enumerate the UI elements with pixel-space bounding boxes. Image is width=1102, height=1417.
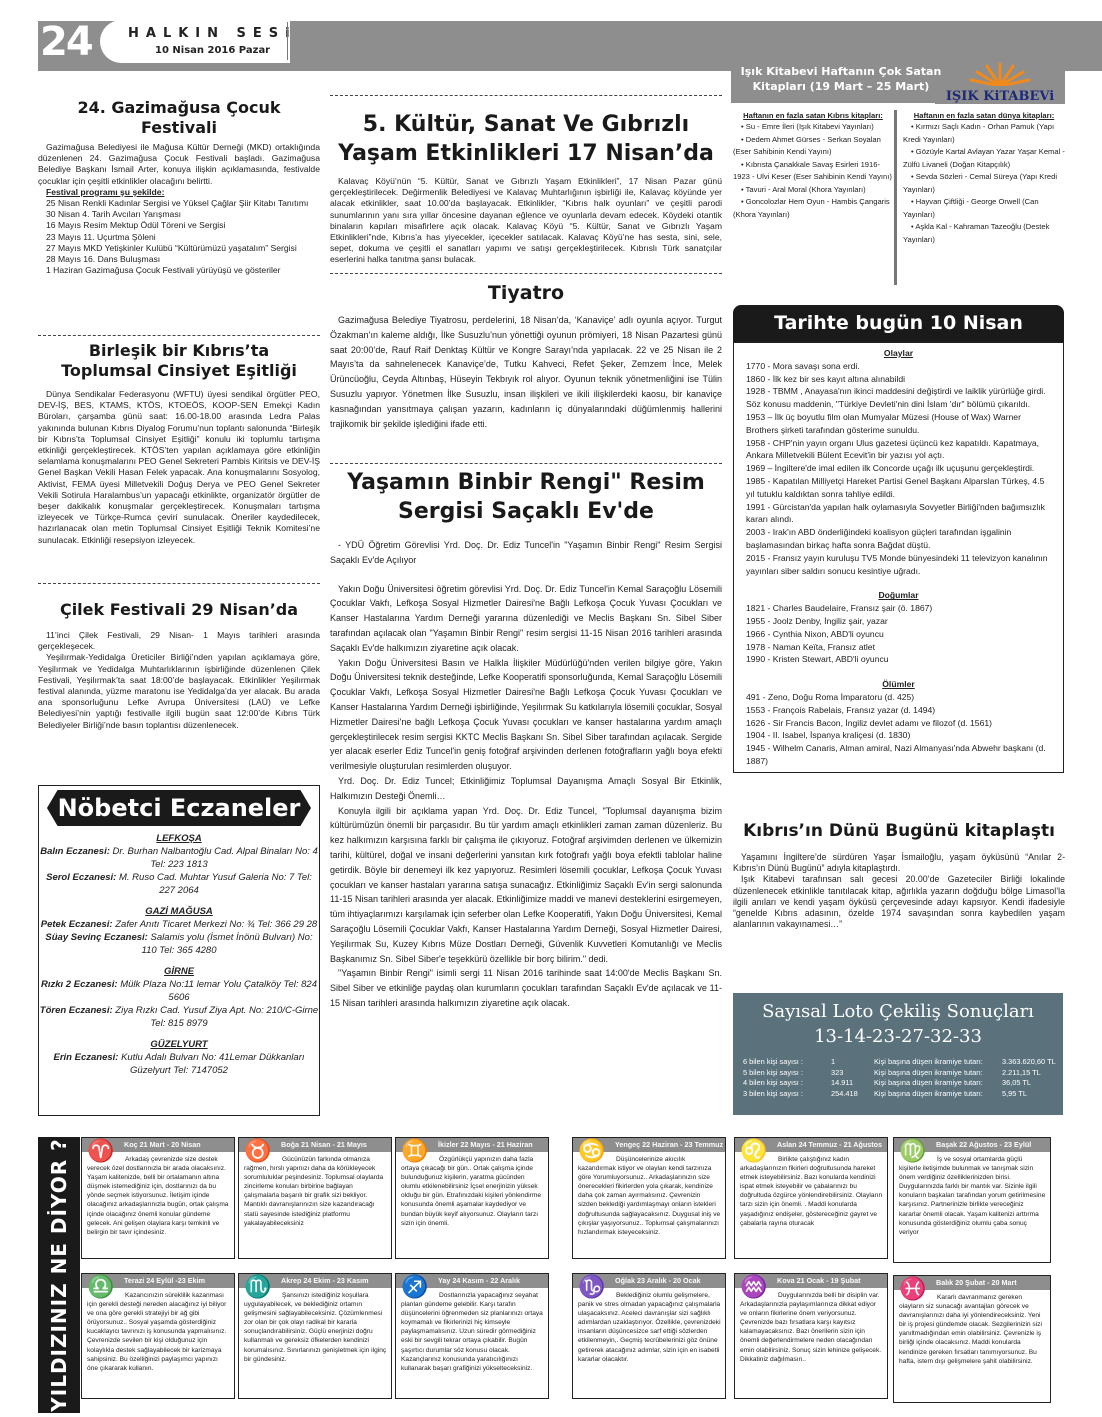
history-item: 1860 - İlk kez bir ses kayıt altına alın… (746, 373, 1051, 386)
book-item: • Goncolozlar Hem Oyun - Hambis Çangaris… (733, 196, 893, 221)
pharmacy-entry: Serol Eczanesi: M. Ruso Cad. Muhtar Yusu… (39, 871, 319, 897)
aries-icon: ♈ (86, 1136, 116, 1166)
column-divider (894, 110, 897, 285)
horoscope-card-akrep: Akrep 24 Ekim - 23 Kasım ♏ Şansınızı ist… (238, 1273, 392, 1399)
divider (330, 95, 722, 96)
horoscope-side-title: YILDIZINIZ NE DİYOR ? (47, 1138, 71, 1411)
pharmacy-name: Rızkı 2 Eczanesi: (41, 979, 118, 990)
article-cilek: Çilek Festivali 29 Nisan’da 11’inci Çile… (38, 600, 320, 731)
program-item: 25 Nisan Renkli Kadınlar Sergisi ve Yüks… (38, 198, 320, 209)
book-item: • Hayvan Çiftliği - George Orwell (Can Y… (903, 196, 1065, 221)
history-item: 1770 - Mora savaşı sona erdi. (746, 360, 1051, 373)
program-heading: Festival programı şu şekilde: (38, 187, 320, 198)
books-dunya-column: Haftanın en fazla satan dünya kitapları:… (903, 110, 1065, 246)
program-item: 27 Mayıs MKD Yetişkinler Kulübü “Kültürü… (38, 243, 320, 254)
sun-icon: IŞIK KiTABEVi (935, 60, 1065, 104)
article-title: 5. Kültür, Sanat Ve Gıbrızlı Yaşam Etkin… (330, 110, 722, 168)
history-item: 2015 - Fransız yayın kuruluşu TV5 Monde … (746, 552, 1051, 578)
article-title: Tiyatro (330, 281, 722, 305)
divider (330, 273, 722, 274)
pharmacy-entry: Süay Sevinç Eczanesi: Salamis yolu (İsme… (39, 931, 319, 957)
sagittarius-icon: ♐ (400, 1272, 430, 1302)
history-item: 2003 - Irak'ın ABD önderliğindeki koalis… (746, 526, 1051, 552)
horoscope-card-terazi: Terazi 24 Eylül -23 Ekim ♎ Kazancınızın … (81, 1273, 235, 1399)
article-paragraph: Yaşamını İngiltere’de sürdüren Yaşar İsm… (733, 852, 1065, 874)
article-paragraph: Yakın Doğu Üniversitesi öğretim görevlis… (330, 582, 722, 656)
book-item: • Gözüyle Kartal Avlayan Yazar Yaşar Kem… (903, 146, 1065, 171)
pharmacy-name: Süay Sevinç Eczanesi: (45, 932, 147, 943)
history-item: 1821 - Charles Baudelaire, Fransız şair … (746, 602, 1051, 615)
horoscope-card-aslan: Aslan 24 Temmuz - 21 Ağustos ♌ Birlikte … (734, 1137, 888, 1259)
history-item: 1553 - François Rabelais, Fransız yazar … (746, 704, 1051, 717)
article-body: Gazimağusa Belediyesi ile Mağusa Kültür … (38, 142, 320, 187)
article-resim-sergisi: Yaşamın Binbir Rengi" Resim Sergisi Saça… (330, 468, 722, 1011)
book-item: • Dedem Ahmet Gürses - Serkan Soyalan (E… (733, 134, 893, 159)
svg-text:IŞIK KiTABEVi: IŞIK KiTABEVi (946, 89, 1054, 104)
capricorn-icon: ♑ (577, 1272, 607, 1302)
gemini-icon: ♊ (400, 1136, 430, 1166)
article-title: 24. Gazimağusa Çocuk Festivali (38, 98, 320, 138)
loto-row: 3 bilen kişi sayısı :254.418Kişi başına … (733, 1089, 1063, 1100)
pisces-icon: ♓ (898, 1274, 928, 1304)
horoscope-card-yay: Yay 24 Kasım - 22 Aralık ♐ Dostlarınızla… (395, 1273, 549, 1399)
horoscope-side-banner: YILDIZINIZ NE DİYOR ? (38, 1137, 80, 1413)
divider (38, 335, 320, 336)
pharmacy-address: Mülk Plaza No:11 lemar Yolu Çatalköy Tel… (120, 979, 317, 1003)
history-item: 1966 - Cynthia Nixon, ABD'li oyuncu (746, 628, 1051, 641)
article-paragraph: Işık Kitabevi tarafınsan salı gecesi 20.… (733, 874, 1065, 930)
article-title: Çilek Festivali 29 Nisan’da (38, 600, 320, 620)
pharmacy-name: Balın Eczanesi: (40, 846, 110, 857)
history-section-heading: Doğumlar (746, 589, 1051, 602)
horoscope-card-ikizler: İkizler 22 Mayıs - 21 Haziran ♊ Özgürlük… (395, 1137, 549, 1259)
horoscope-card-kova: Kova 21 Ocak - 19 Şubat ♒ Duygularınızda… (734, 1273, 888, 1399)
issue-date: 10 Nisan 2016 Pazar (155, 45, 270, 56)
history-item: 1990 - Kristen Stewart, ABD'li oyuncu (746, 653, 1051, 666)
pharmacy-address: Zafer Anıtı Ticaret Merkezi No: ¾ Tel: 3… (115, 919, 317, 930)
history-item: 1958 - CHP'nin yayın organı Ulus gazetes… (746, 437, 1051, 463)
divider (38, 583, 320, 584)
pharmacy-address: Salamis yolu (İsmet İnönü Bulvarı) No: 1… (141, 932, 312, 956)
pharmacy-entry: Rızkı 2 Eczanesi: Mülk Plaza No:11 lemar… (39, 978, 319, 1004)
pharmacy-entry: Petek Eczanesi: Zafer Anıtı Ticaret Merk… (39, 918, 319, 931)
history-item: 1991 - Gürcistan'da yapılan halk oylamas… (746, 501, 1051, 527)
article-cinsiyet: Birleşik bir Kıbrıs’ta Toplumsal Cinsiye… (38, 341, 320, 546)
article-tiyatro: Tiyatro Gazimağusa Belediye Tiyatrosu, p… (330, 281, 722, 431)
pharmacy-name: Serol Eczanesi: (46, 872, 116, 883)
article-body: Gazimağusa Belediye Tiyatrosu, perdeleri… (330, 313, 722, 431)
isik-kitabevi-logo: IŞIK KiTABEVi (935, 60, 1065, 104)
history-item: 1945 - Wilhelm Canaris, Alman amiral, Na… (746, 742, 1051, 768)
loto-row: 6 bilen kişi sayısı :1Kişi başına düşen … (733, 1057, 1063, 1068)
city-heading: GAZİ MAĞUSA (39, 905, 319, 918)
pharmacy-entry: Tören Eczanesi: Ziya Rızkı Cad. Yusuf Zi… (39, 1004, 319, 1030)
history-item: 1985 - Kapatılan Milliyetçi Hareket Part… (746, 475, 1051, 501)
taurus-icon: ♉ (243, 1136, 273, 1166)
book-item: • Kırmızı Saçlı Kadın - Orhan Pamuk (Yap… (903, 121, 1065, 146)
program-item: 23 Mayıs 11. Uçurtma Şöleni (38, 232, 320, 243)
history-item: 1953 – İlk üç boyutlu film olan Mumyalar… (746, 411, 1051, 437)
books-kibris-column: Haftanın en fazla satan Kıbrıs kitapları… (733, 110, 893, 221)
program-item: 1 Haziran Gazimağusa Çocuk Festivali yür… (38, 265, 320, 276)
article-paragraph: 11’inci Çilek Festivali, 29 Nisan- 1 May… (38, 630, 320, 652)
loto-results: Sayısal Loto Çekiliş Sonuçları 13-14-23-… (733, 993, 1063, 1115)
leo-icon: ♌ (739, 1136, 769, 1166)
history-item: 1955 - Joolz Denby, İngiliz şair, yazar (746, 615, 1051, 628)
page-number: 24 (40, 22, 100, 62)
history-item: 1904 - II. Isabel, İspanya kraliçesi (d.… (746, 729, 1051, 742)
program-item: 30 Nisan 4. Tarih Avcıları Yarışması (38, 209, 320, 220)
horoscope-card-oglak: Oğlak 23 Aralık - 20 Ocak ♑ Beklediğiniz… (572, 1273, 726, 1399)
pharmacy-address: Kutlu Adalı Bulvarı No: 41Lemar Dükkanla… (121, 1052, 304, 1076)
article-cocuk-festivali: 24. Gazimağusa Çocuk Festivali Gazimağus… (38, 98, 320, 276)
pharmacies-banner: Nöbetci Eczaneler (47, 790, 311, 826)
article-paragraph: Yrd. Doç. Dr. Ediz Tuncel; Etkinliğimiz … (330, 774, 722, 804)
loto-numbers: 13-14-23-27-32-33 (733, 1025, 1063, 1049)
article-paragraph: Yakın Doğu Üniversitesi Basın ve Halkla … (330, 656, 722, 774)
article-paragraph: "Yaşamın Binbir Rengi" isimli sergi 11 N… (330, 966, 722, 1010)
article-title: Yaşamın Binbir Rengi" Resim Sergisi Saça… (330, 468, 722, 526)
city-heading: GİRNE (39, 965, 319, 978)
horoscope-card-balik: Balık 20 Şubat - 20 Mart ♓ Kararlı davra… (893, 1275, 1051, 1403)
history-item: 1928 - TBMM , Anayasa'nın ikinci maddesi… (746, 385, 1051, 411)
history-item: 1978 - Naman Keïta, Fransız atlet (746, 641, 1051, 654)
article-body: Kalavaç Köyü’nün “5. Kültür, Sanat ve Gı… (330, 176, 722, 266)
horoscope-card-basak: Başak 22 Ağustos - 23 Eylül ♍ İş ve sosy… (893, 1137, 1051, 1263)
pharmacy-address: Dr. Burhan Nalbantoğlu Cad. Alpal Binala… (113, 846, 318, 870)
article-title: Kıbrıs’ın Dünü Bugünü kitaplaştı (733, 820, 1065, 842)
horoscope-card-boga: Boğa 21 Nisan - 21 Mayıs ♉ Gücünüzün far… (238, 1137, 392, 1259)
divider (330, 463, 722, 464)
pharmacies-list: LEFKOŞA Balın Eczanesi: Dr. Burhan Nalba… (39, 826, 319, 1077)
city-heading: LEFKOŞA (39, 832, 319, 845)
books-column-heading: Haftanın en fazla satan dünya kitapları: (903, 110, 1065, 121)
virgo-icon: ♍ (898, 1136, 928, 1166)
article-body: Dünya Sendikalar Federasyonu (WFTU) üyes… (38, 389, 320, 546)
book-item: • Tavuri - Aral Moral (Khora Yayınları) (733, 184, 893, 197)
pharmacy-name: Tören Eczanesi: (40, 1005, 113, 1016)
history-item: 1626 - Sir Francis Bacon, İngiliz devlet… (746, 717, 1051, 730)
history-section-heading: Olaylar (746, 347, 1051, 360)
city-heading: GÜZELYURT (39, 1038, 319, 1051)
pharmacy-entry: Balın Eczanesi: Dr. Burhan Nalbantoğlu C… (39, 845, 319, 871)
article-title: Birleşik bir Kıbrıs’ta Toplumsal Cinsiye… (38, 341, 320, 381)
pharmacy-address: Ziya Rızkı Cad. Yusuf Ziya Apt. No: 210/… (115, 1005, 318, 1029)
header-divider (287, 22, 288, 60)
horoscope-card-koc: Koç 21 Mart - 20 Nisan ♈ Arkadaş çevreni… (81, 1137, 235, 1259)
article-paragraph: Konuyla ilgili bir açıklama yapan Yrd. D… (330, 804, 722, 967)
history-section-heading: Ölümler (746, 678, 1051, 691)
history-item: 491 - Zeno, Doğu Roma İmparatoru (d. 425… (746, 691, 1051, 704)
aquarius-icon: ♒ (739, 1272, 769, 1302)
pharmacy-name: Erin Eczanesi: (54, 1052, 119, 1063)
pharmacy-name: Petek Eczanesi: (41, 919, 113, 930)
loto-title: Sayısal Loto Çekiliş Sonuçları (733, 993, 1063, 1025)
history-item: 1969 – İngiltere'de imal edilen ilk Conc… (746, 462, 1051, 475)
scorpio-icon: ♏ (243, 1272, 273, 1302)
book-item: • Aşkla Kal - Kahraman Tazeoğlu (Destek … (903, 221, 1065, 246)
book-item: • Sevda Sözleri - Cemal Süreya (Yapı Kre… (903, 171, 1065, 196)
books-column-heading: Haftanın en fazla satan Kıbrıs kitapları… (733, 110, 893, 121)
book-item: • Kıbrısta Çanakkale Savaş Esirleri 1916… (733, 159, 893, 184)
paper-name: HALKIN SESi (128, 26, 297, 41)
book-item: • Su - Emre İleri (Işık Kitabevi Yayınla… (733, 121, 893, 134)
libra-icon: ♎ (86, 1272, 116, 1302)
pharmacy-address: M. Ruso Cad. Muhtar Yusuf Galeria No: 7 … (119, 872, 312, 896)
history-box: Olaylar 1770 - Mora savaşı sona erdi. 18… (733, 342, 1064, 773)
loto-row: 5 bilen kişi sayısı :323Kişi başına düşe… (733, 1068, 1063, 1079)
article-kibrisin-dunu: Kıbrıs’ın Dünü Bugünü kitaplaştı Yaşamın… (733, 820, 1065, 930)
history-title: Tarihte bugün 10 Nisan (733, 305, 1064, 342)
horoscope-card-yengec: Yengeç 22 Haziran - 23 Temmuz ♋ Düşüncel… (572, 1137, 726, 1259)
pharmacy-entry: Erin Eczanesi: Kutlu Adalı Bulvarı No: 4… (39, 1051, 319, 1077)
program-item: 28 Mayıs 16. Dans Buluşması (38, 254, 320, 265)
program-item: 16 Mayıs Resim Mektup Ödül Töreni ve Ser… (38, 220, 320, 231)
pharmacies-box: Nöbetci Eczaneler LEFKOŞA Balın Eczanesi… (38, 785, 320, 1116)
article-kultur-sanat: 5. Kültür, Sanat Ve Gıbrızlı Yaşam Etkin… (330, 110, 722, 266)
article-subtitle: - YDÜ Öğretim Görevlisi Yrd. Doç. Dr. Ed… (330, 538, 722, 568)
cancer-icon: ♋ (577, 1136, 607, 1166)
article-paragraph: Yeşilırmak-Yedidalga Üreticiler Birliği’… (38, 652, 320, 730)
books-title: Işık Kitabevi Haftanın Çok Satan Kitapla… (736, 64, 946, 94)
loto-row: 4 bilen kişi sayısı :14.911Kişi başına d… (733, 1078, 1063, 1089)
